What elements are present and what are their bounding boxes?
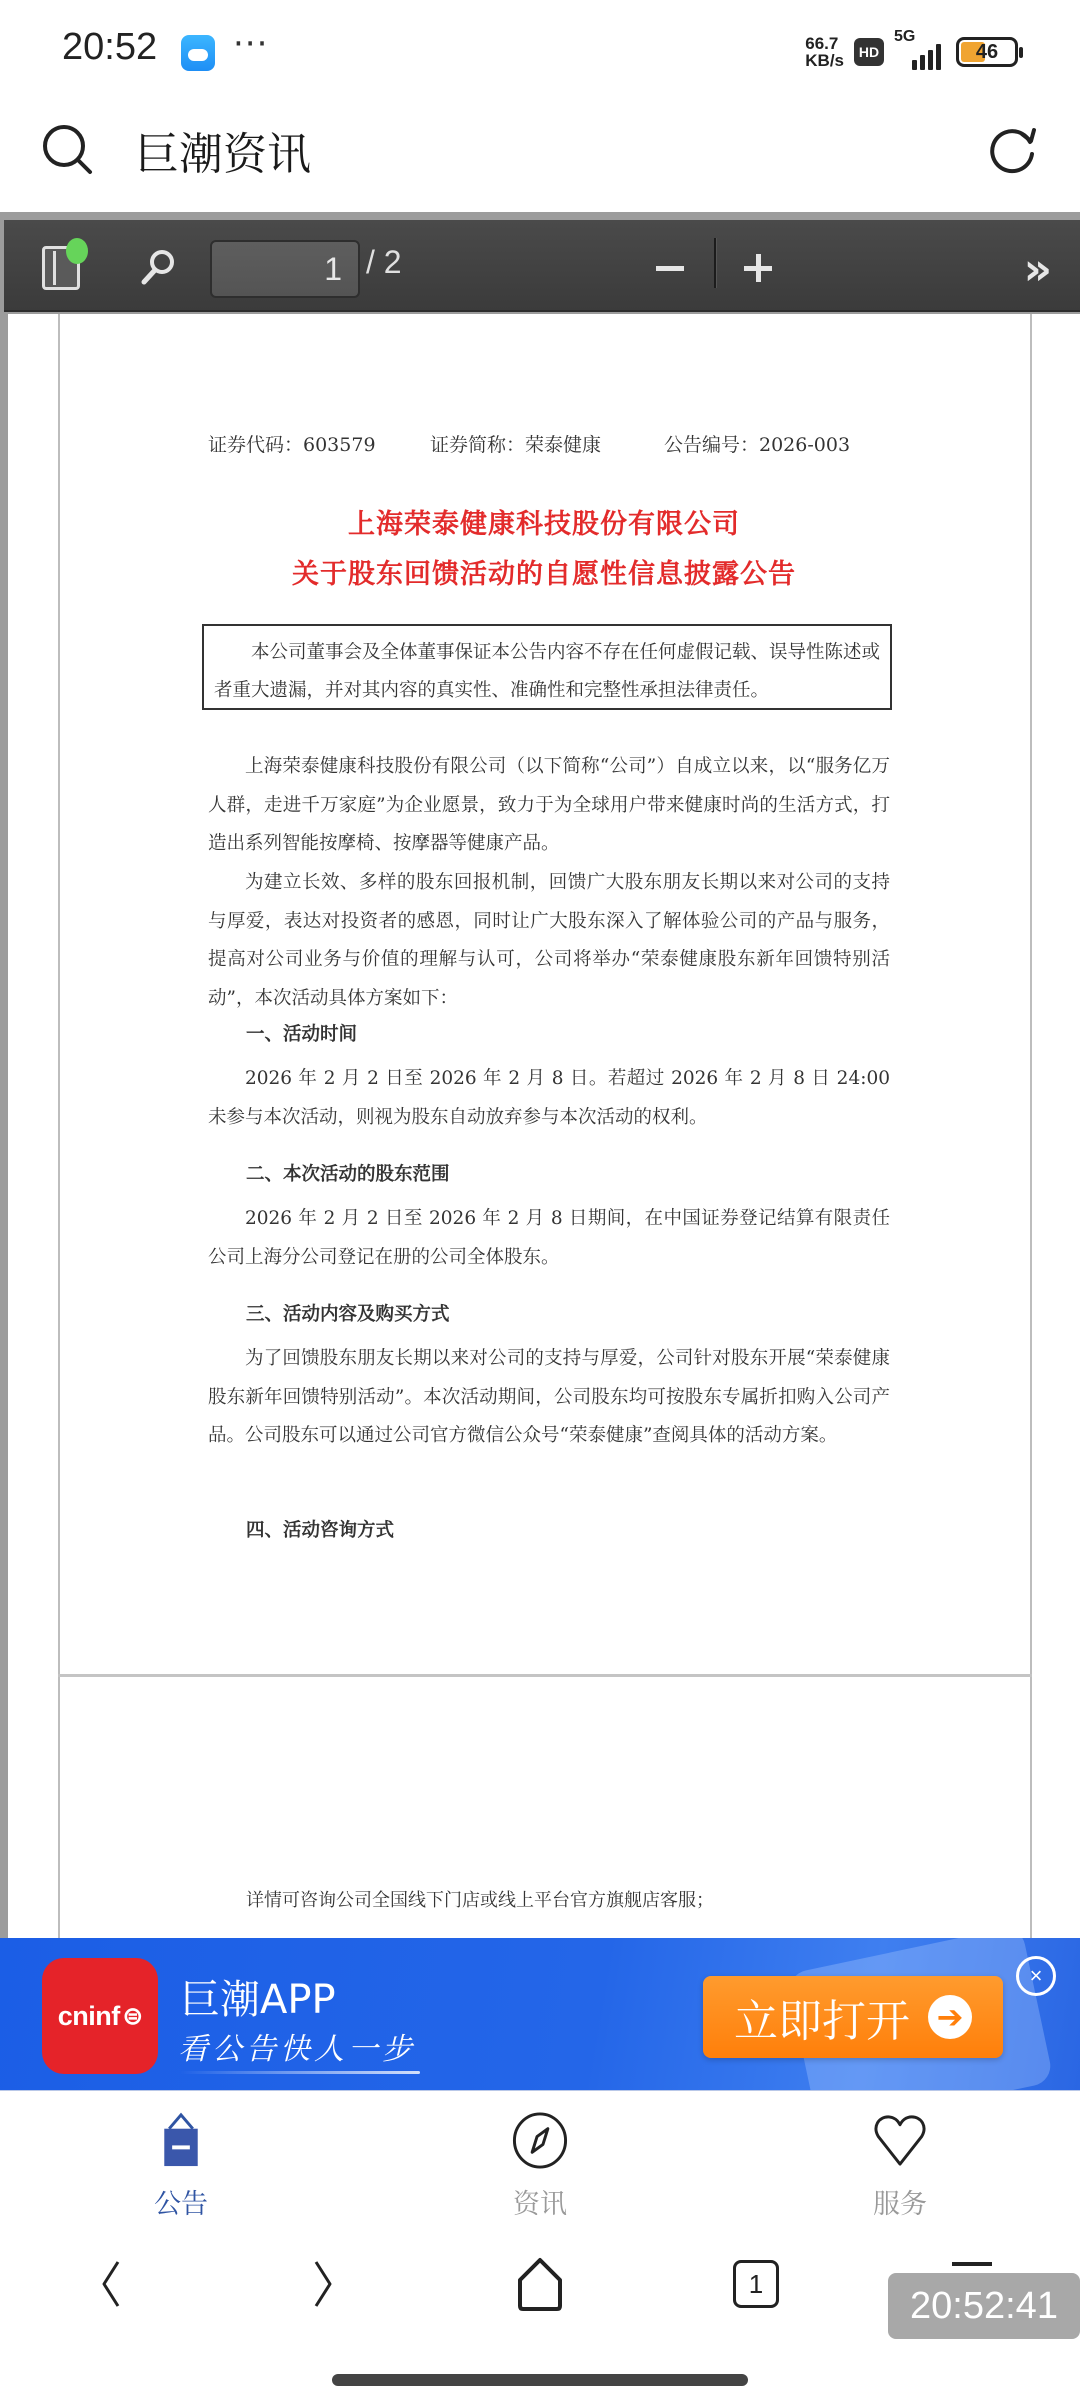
cninfo-logo: cninf⊜ [42, 1958, 158, 2074]
notice-number: 公告编号：2026-003 [664, 430, 850, 457]
zoom-in-button[interactable] [740, 248, 780, 288]
status-indicators: 66.7 KB/s HD 5G 46 [805, 30, 1018, 74]
tab-services[interactable]: 服务 [840, 2111, 960, 2221]
section-text-time: 2026 年 2 月 2 日至 2026 年 2 月 8 日。若超过 2026 … [208, 1060, 890, 1137]
status-time: 20:52 [62, 26, 157, 69]
page-number-input[interactable]: 1 [210, 240, 360, 298]
signal-icon: 5G [894, 34, 946, 70]
section-text-content: 为了回馈股东朋友长期以来对公司的支持与厚爱，公司针对股东开展“荣泰健康股东新年回… [208, 1340, 890, 1456]
open-app-button[interactable]: 立即打开 ➔ [703, 1976, 1003, 2058]
pdf-viewer: 1 / 2 » 证券代码：603579 证券简称：荣泰健康 公告编号：2026-… [0, 212, 1080, 1938]
section-heading-time: 一、活动时间 [246, 1020, 357, 1046]
refresh-icon[interactable] [984, 122, 1040, 178]
cloud-app-icon [181, 35, 215, 71]
page-total: / 2 [366, 244, 402, 281]
app-header: 巨潮资讯 [0, 100, 1080, 212]
status-bar: 20:52 ··· 66.7 KB/s HD 5G 46 [0, 0, 1080, 100]
arrow-right-icon: ➔ [928, 1995, 972, 2039]
announcement-icon [151, 2111, 211, 2170]
bottom-tab-bar: 公告 资讯 服务 [0, 2090, 1080, 2230]
tabs-button[interactable]: 1 [726, 2254, 786, 2314]
disclaimer-box: 本公司董事会及全体董事保证本公告内容不存在任何虚假记载、误导性陈述或者重大遗漏，… [202, 624, 892, 710]
contact-line-stores: 详情可咨询公司全国线下门店或线上平台官方旗舰店客服； [246, 1886, 714, 1912]
section-heading-contact: 四、活动咨询方式 [246, 1516, 394, 1542]
document-title-line1: 上海荣泰健康科技股份有限公司 [8, 502, 1080, 541]
paragraph-purpose: 为建立长效、多样的股东回报机制，回馈广大股东朋友长期以来对公司的支持与厚爱，表达… [208, 864, 890, 1018]
more-notifications-icon: ··· [233, 24, 268, 64]
pdf-canvas[interactable]: 证券代码：603579 证券简称：荣泰健康 公告编号：2026-003 上海荣泰… [8, 314, 1080, 1938]
zoom-out-button[interactable] [652, 248, 692, 288]
tab-count-icon: 1 [733, 2260, 779, 2308]
section-text-scope: 2026 年 2 月 2 日至 2026 年 2 月 8 日期间，在中国证券登记… [208, 1200, 890, 1277]
tab-news[interactable]: 资讯 [480, 2111, 600, 2221]
home-indicator[interactable] [332, 2374, 748, 2386]
banner-slogan: 看公告快人一步 [178, 2024, 416, 2068]
section-heading-content: 三、活动内容及购买方式 [246, 1300, 450, 1326]
paragraph-intro: 上海荣泰健康科技股份有限公司（以下简称“公司”）自成立以来，以“服务亿万人群，走… [208, 748, 890, 864]
battery-icon: 46 [956, 37, 1018, 67]
app-promo-banner[interactable]: cninf⊜ 巨潮APP 看公告快人一步 立即打开 ➔ × [0, 1938, 1080, 2090]
clock-overlay: 20:52:41 [888, 2273, 1080, 2339]
pdf-toolbar: 1 / 2 » [4, 220, 1080, 312]
section-heading-scope: 二、本次活动的股东范围 [246, 1160, 450, 1186]
security-short-name: 证券简称：荣泰健康 [430, 430, 601, 457]
home-icon[interactable] [510, 2254, 570, 2314]
compass-icon [510, 2111, 570, 2170]
more-tools-icon[interactable]: » [1024, 244, 1052, 295]
forward-icon[interactable] [294, 2254, 354, 2314]
document-title-line2: 关于股东回馈活动的自愿性信息披露公告 [8, 552, 1080, 591]
tab-announcements[interactable]: 公告 [121, 2111, 241, 2221]
slogan-underline [180, 2071, 420, 2074]
network-speed: 66.7 KB/s [805, 35, 844, 69]
security-code: 证券代码：603579 [208, 430, 376, 457]
back-icon[interactable] [80, 2254, 140, 2314]
heart-icon [870, 2111, 930, 2170]
hd-icon: HD [854, 38, 884, 66]
toolbar-divider [714, 238, 717, 288]
close-banner-button[interactable]: × [1016, 1956, 1056, 1996]
notification-dot [66, 238, 88, 264]
banner-app-name: 巨潮APP [180, 1968, 336, 2025]
app-title: 巨潮资讯 [135, 118, 311, 182]
search-icon[interactable] [40, 122, 96, 178]
pdf-search-icon[interactable] [136, 246, 180, 290]
